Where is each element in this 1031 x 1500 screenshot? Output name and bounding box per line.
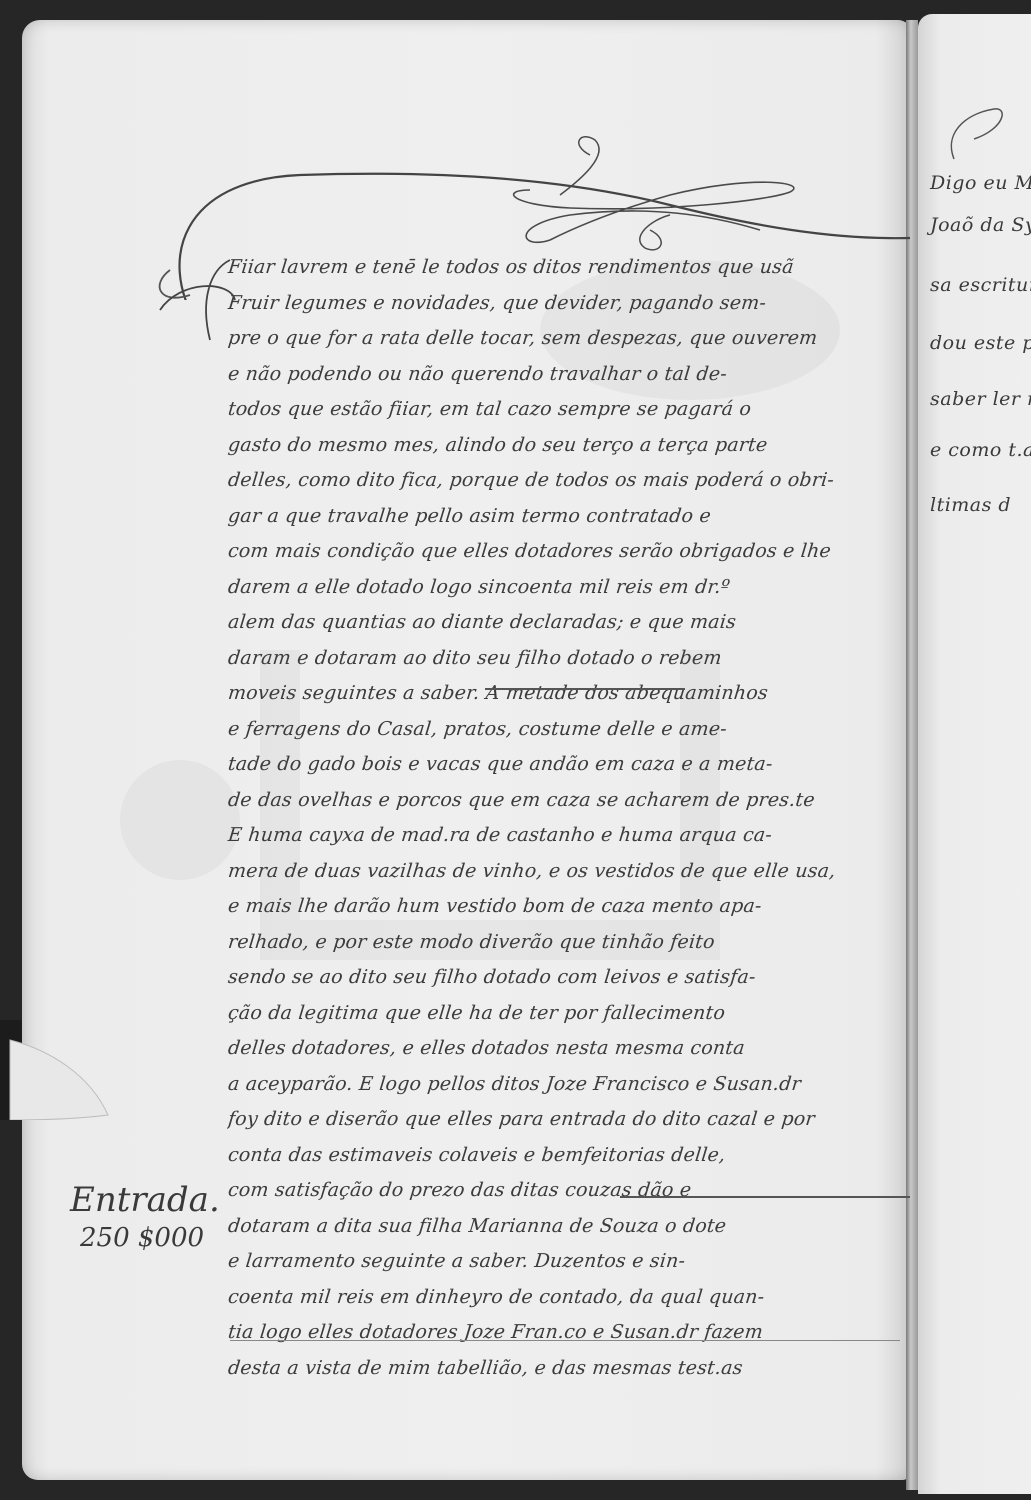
manuscript-body: Fiiar lavrem e tenē le todos os ditos re… <box>228 250 908 1386</box>
paper-stain <box>120 760 240 880</box>
manuscript-line: E huma cayxa de mad.ra de castanho e hum… <box>226 818 910 854</box>
manuscript-line: com satisfação do prezo das ditas couzas… <box>226 1173 910 1209</box>
manuscript-line: darem a elle dotado logo sincoenta mil r… <box>226 570 910 606</box>
manuscript-line: gar a que travalhe pello asim termo cont… <box>226 499 910 535</box>
manuscript-line: sendo se ao dito seu filho dotado com le… <box>226 960 910 996</box>
page-holder-clip-icon <box>0 1020 112 1120</box>
manuscript-line: desta a vista de mim tabellião, e das me… <box>226 1351 910 1387</box>
facing-page-line: dou este p <box>930 332 1031 354</box>
manuscript-line: tade do gado bois e vacas que andão em c… <box>226 747 910 783</box>
manuscript-line: coenta mil reis em dinheyro de contado, … <box>226 1280 910 1316</box>
manuscript-line: todos que estão fiiar, em tal cazo sempr… <box>226 392 910 428</box>
manuscript-line: e não podendo ou não querendo travalhar … <box>226 357 910 393</box>
facing-page-flourish-icon <box>924 104 1014 164</box>
manuscript-line: daram e dotaram ao dito seu filho dotado… <box>226 641 910 677</box>
facing-page-line: Digo eu M <box>930 172 1031 194</box>
manuscript-line: alem das quantias ao diante declaradas; … <box>226 605 910 641</box>
facing-page-line: e como t.a <box>930 439 1031 461</box>
manuscript-line: pre o que for a rata delle tocar, sem de… <box>226 321 910 357</box>
facing-page-line: sa escritura <box>930 274 1031 296</box>
manuscript-line: Fruir legumes e novidades, que devider, … <box>226 286 910 322</box>
margin-note-amount: 250 $000 <box>70 1220 220 1256</box>
facing-page: Digo eu M Joaõ da Sylv sa escritura dou … <box>918 14 1031 1494</box>
manuscript-line: e ferragens do Casal, pratos, costume de… <box>226 712 910 748</box>
manuscript-line: delles, como dito fica, porque de todos … <box>226 463 910 499</box>
manuscript-line: a aceyparão. E logo pellos ditos Joze Fr… <box>226 1067 910 1103</box>
text-underline <box>485 688 685 690</box>
margin-note: Entrada. 250 $000 <box>70 1180 220 1256</box>
manuscript-line: com mais condição que elles dotadores se… <box>226 534 910 570</box>
manuscript-line: e larramento seguinte a saber. Duzentos … <box>226 1244 910 1280</box>
manuscript-line: Fiiar lavrem e tenē le todos os ditos re… <box>226 250 910 286</box>
initial-letter-flourish-icon <box>150 250 240 350</box>
manuscript-line: foy dito e diserão que elles para entrad… <box>226 1102 910 1138</box>
manuscript-line: delles dotadores, e elles dotados nesta … <box>226 1031 910 1067</box>
manuscript-line: de das ovelhas e porcos que em caza se a… <box>226 783 910 819</box>
facing-page-line: ltimas d <box>930 494 1011 516</box>
manuscript-line: tia logo elles dotadores Joze Fran.co e … <box>226 1315 910 1351</box>
manuscript-line: conta das estimaveis colaveis e bemfeito… <box>226 1138 910 1174</box>
manuscript-line: relhado, e por este modo diverão que tin… <box>226 925 910 961</box>
manuscript-line: gasto do mesmo mes, alindo do seu terço … <box>226 428 910 464</box>
manuscript-line: dotaram a dita sua filha Marianna de Sou… <box>226 1209 910 1245</box>
manuscript-line: e mais lhe darão hum vestido bom de caza… <box>226 889 910 925</box>
margin-note-label: Entrada. <box>70 1180 220 1220</box>
facing-page-line: saber ler n <box>930 388 1031 410</box>
manuscript-line: moveis seguintes a saber. A metade dos a… <box>226 676 910 712</box>
manuscript-line: ção da legitima que elle ha de ter por f… <box>226 996 910 1032</box>
manuscript-line: mera de duas vazilhas de vinho, e os ves… <box>226 854 910 890</box>
text-underline <box>620 1196 910 1198</box>
closing-rule <box>230 1340 900 1341</box>
facing-page-line: Joaõ da Sylv <box>930 214 1031 236</box>
